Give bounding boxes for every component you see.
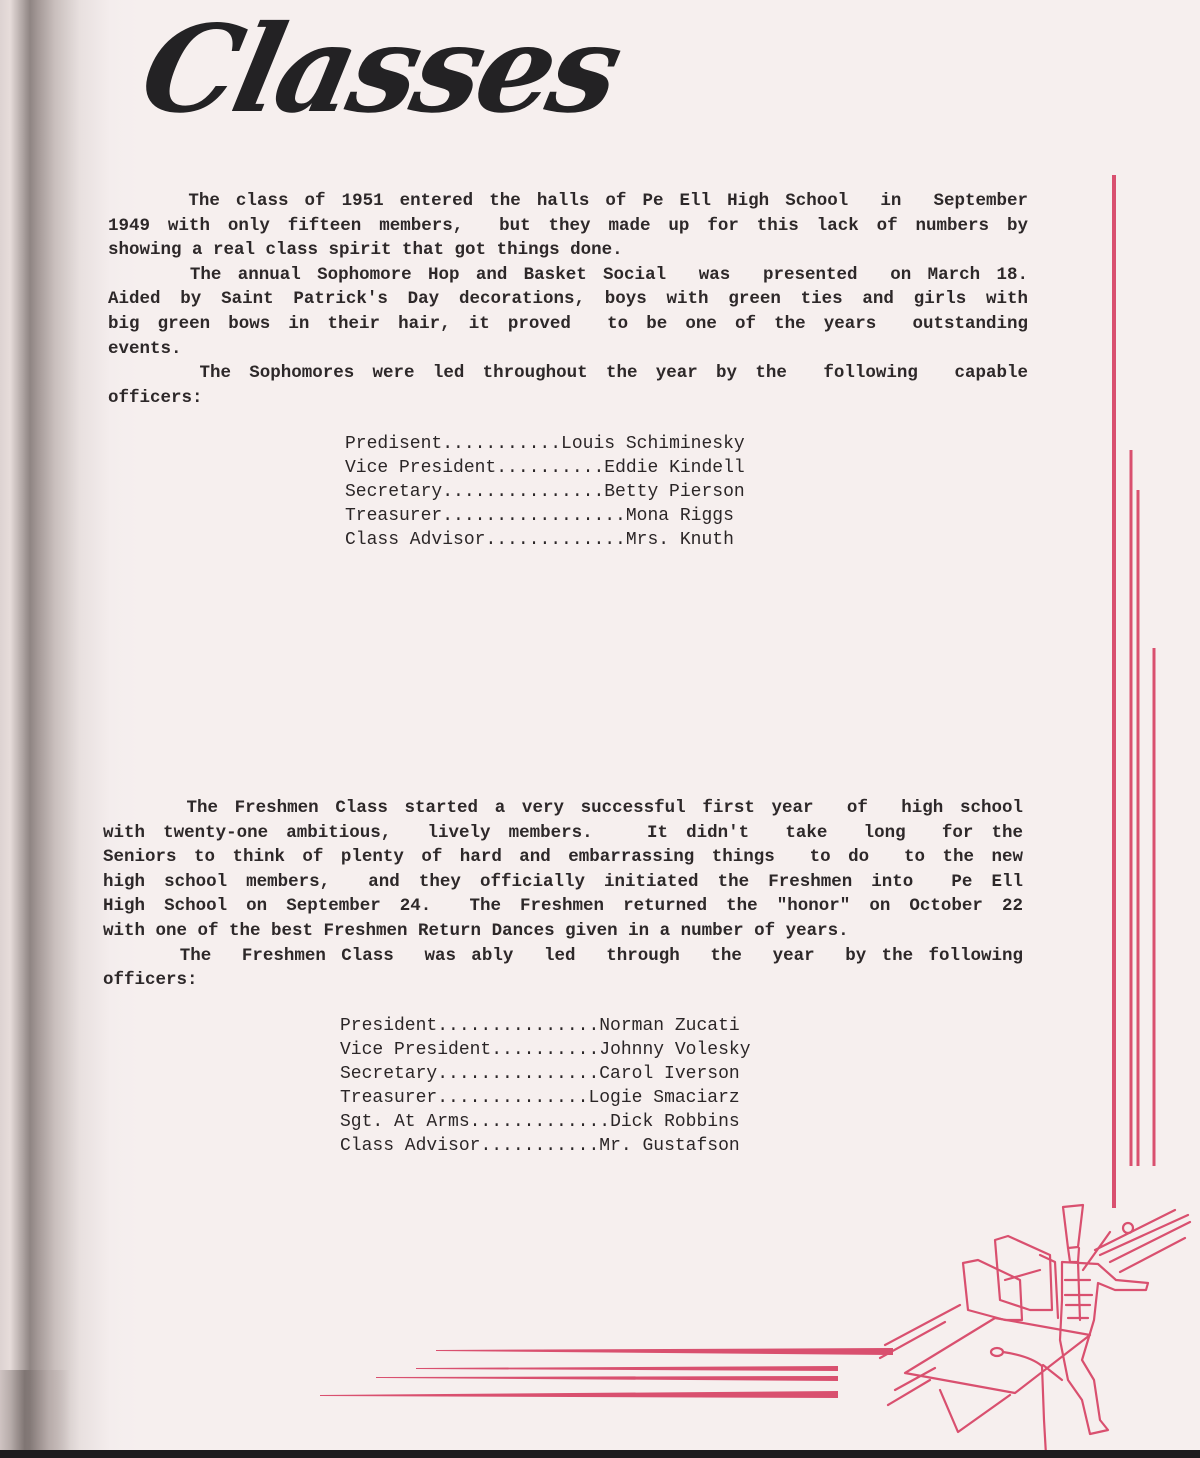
drum-major-icon <box>1060 1205 1190 1434</box>
graduation-illustration <box>880 1205 1190 1455</box>
horizontal-speed-lines <box>320 1348 893 1398</box>
vertical-accent-lines <box>1114 175 1154 1208</box>
decorative-border <box>0 0 1200 1458</box>
graduation-cap-icon <box>880 1305 1090 1455</box>
scan-bottom-edge <box>0 1450 1200 1458</box>
books-icon <box>963 1236 1058 1320</box>
